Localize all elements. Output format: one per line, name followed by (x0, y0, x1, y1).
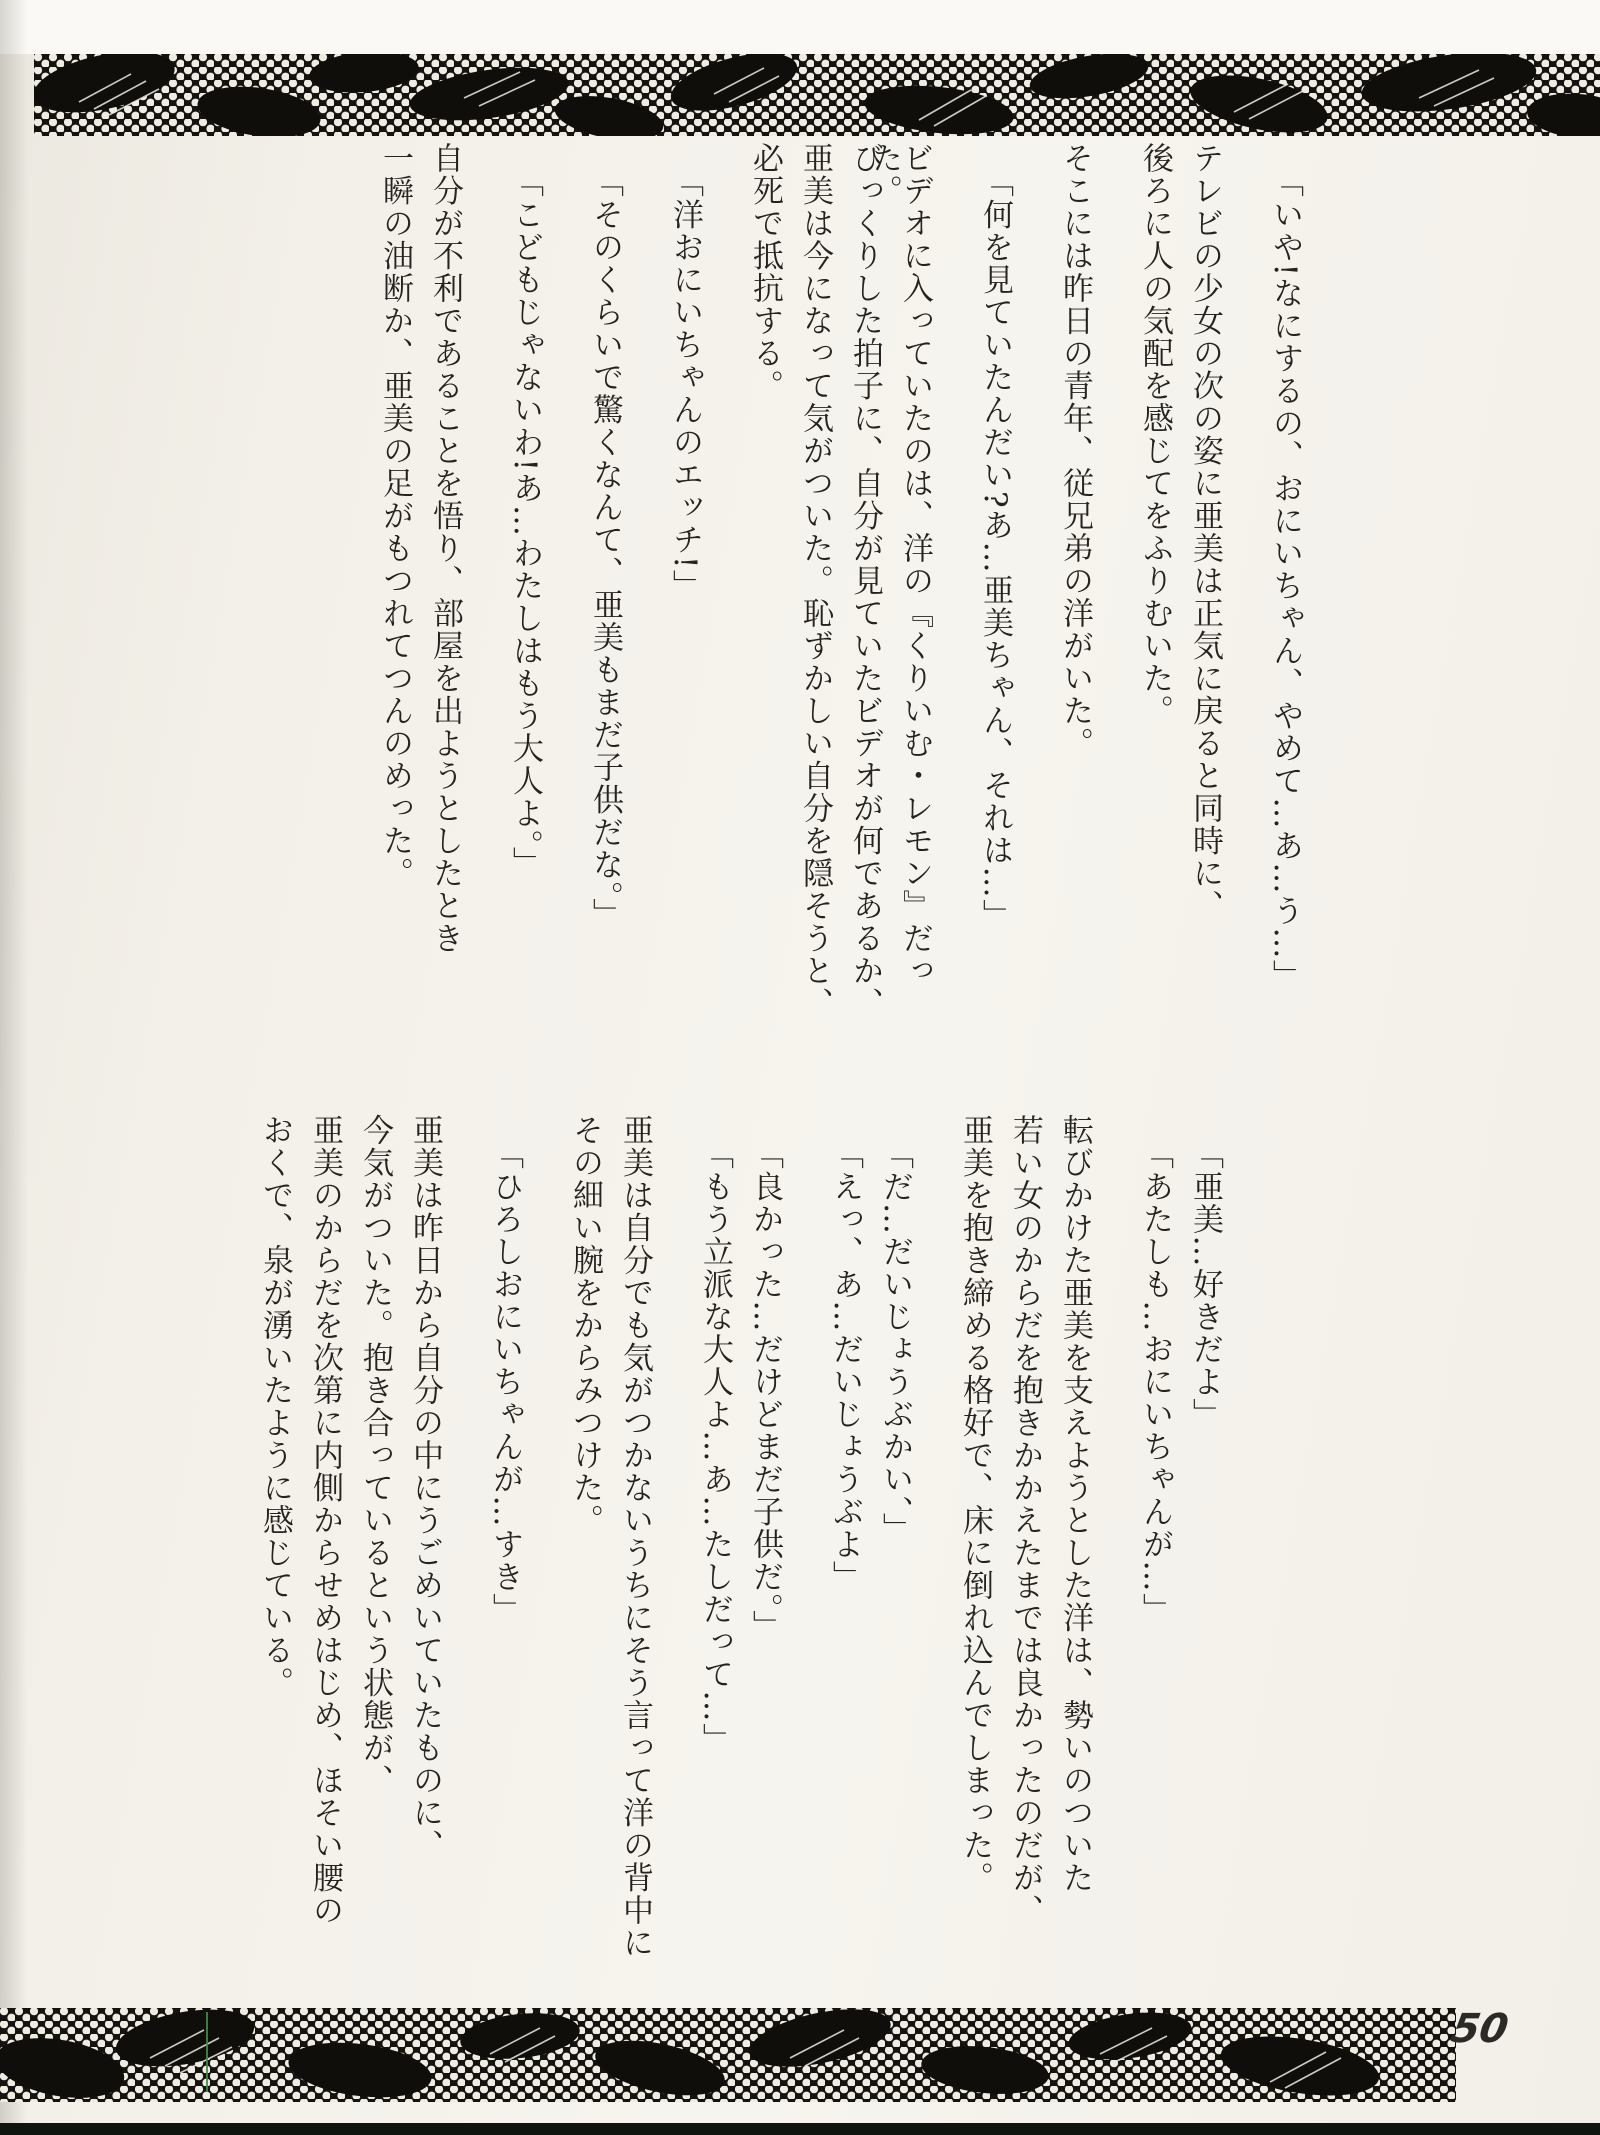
text-column: そこには昨日の青年、従兄弟の洋がいた。 (1040, 142, 1090, 1037)
paragraph: 自分が不利であることを悟り、部屋を出ようとしたとき一瞬の油断か、亜美の足がもつれ… (360, 142, 460, 1037)
text-column: 自分が不利であることを悟り、部屋を出ようとしたとき (410, 142, 460, 1037)
text-column: 「何を見ていたんだい?あ…亜美ちゃん、それは…」 (960, 142, 1010, 1037)
left-edge-shadow (0, 0, 28, 2135)
upper-text-block: 「いや!なにするの、おにいちゃん、やめて…あ…う…」テレビの少女の次の姿に亜美は… (360, 142, 1300, 1037)
paragraph: 「こどもじゃないわ!あ…わたしはもう大人よ。」 (490, 142, 540, 1037)
text-column: 「いや!なにするの、おにいちゃん、やめて…あ…う…」 (1250, 142, 1300, 1037)
text-column: その細い腕をからみつけた。 (550, 1114, 600, 1989)
paragraph: 「いや!なにするの、おにいちゃん、やめて…あ…う…」 (1250, 142, 1300, 1037)
text-column: 今気がついた。抱き合っているという状態が、 (340, 1114, 390, 1989)
text-column: びっくりした拍子に、自分が見ていたビデオが何であるか、 (830, 142, 880, 1037)
paragraph: 「洋おにいちゃんのエッチ!」 (650, 142, 700, 1037)
text-column: 「ひろしおにいちゃんが…すき」 (470, 1114, 520, 1989)
paragraph: そこには昨日の青年、従兄弟の洋がいた。 (1040, 142, 1090, 1037)
text-column: 後ろに人の気配を感じてをふりむいた。 (1120, 142, 1170, 1037)
text-column: 「洋おにいちゃんのエッチ!」 (650, 142, 700, 1037)
paragraph: 転びかけた亜美を支えようとした洋は、勢いのついた若い女のからだを抱きかかえたまで… (940, 1114, 1090, 1989)
text-column: 亜美を抱き締める格好で、床に倒れ込んでしまった。 (940, 1114, 990, 1989)
paragraph: 亜美は昨日から自分の中にうごめいていたものに、今気がついた。抱き合っているという… (240, 1114, 440, 1989)
page-number: 50 (1448, 2006, 1512, 2052)
lace-border-bottom-image (0, 2008, 1456, 2102)
text-column: 「良かった…だけどまだ子供だ。」 (730, 1114, 780, 1989)
text-column: ビデオに入っていたのは、洋の『くりいむ・レモン』だった。 (880, 142, 930, 1037)
paragraph: ビデオに入っていたのは、洋の『くりいむ・レモン』だった。びっくりした拍子に、自分… (730, 142, 930, 1037)
text-column: 一瞬の油断か、亜美の足がもつれてつんのめった。 (360, 142, 410, 1037)
scan-artifact-line (206, 2012, 208, 2092)
text-column: 「だ…だいじょうぶかい、」 (860, 1114, 910, 1989)
text-column: 若い女のからだを抱きかかえたまでは良かったのだが、 (990, 1114, 1040, 1989)
paragraph: テレビの少女の次の姿に亜美は正気に戻ると同時に、後ろに人の気配を感じてをふりむい… (1120, 142, 1220, 1037)
text-column: おくで、泉が湧いたように感じている。 (240, 1114, 290, 1989)
paragraph: 「何を見ていたんだい?あ…亜美ちゃん、それは…」 (960, 142, 1010, 1037)
text-column: テレビの少女の次の姿に亜美は正気に戻ると同時に、 (1170, 142, 1220, 1037)
text-column: 「こどもじゃないわ!あ…わたしはもう大人よ。」 (490, 142, 540, 1037)
text-column: 亜美のからだを次第に内側からせめはじめ、ほそい腰の (290, 1114, 340, 1989)
page-top-margin (0, 0, 1600, 54)
bottom-edge-band (0, 2123, 1600, 2135)
text-column: 「もう立派な大人よ…あ…たしだって…」 (680, 1114, 730, 1989)
text-column: 「あたしも…おにいちゃんが…」 (1120, 1114, 1170, 1989)
text-column: 必死で抵抗する。 (730, 142, 780, 1037)
paragraph: 亜美は自分でも気がつかないうちにそう言って洋の背中にその細い腕をからみつけた。 (550, 1114, 650, 1989)
text-column: 亜美は自分でも気がつかないうちにそう言って洋の背中に (600, 1114, 650, 1989)
paragraph: 「そのくらいで驚くなんて、亜美もまだ子供だな。」 (570, 142, 620, 1037)
scanned-page: 「いや!なにするの、おにいちゃん、やめて…あ…う…」テレビの少女の次の姿に亜美は… (0, 0, 1600, 2135)
paragraph: 「ひろしおにいちゃんが…すき」 (470, 1114, 520, 1989)
text-column: 亜美は昨日から自分の中にうごめいていたものに、 (390, 1114, 440, 1989)
paragraph: 「亜美…好きだよ」「あたしも…おにいちゃんが…」 (1120, 1114, 1220, 1989)
text-column: 「亜美…好きだよ」 (1170, 1114, 1220, 1989)
paragraph: 「だ…だいじょうぶかい、」「えっ、あ…だいじょうぶよ」 (810, 1114, 910, 1989)
paragraph: 「良かった…だけどまだ子供だ。」「もう立派な大人よ…あ…たしだって…」 (680, 1114, 780, 1989)
text-column: 「えっ、あ…だいじょうぶよ」 (810, 1114, 860, 1989)
text-column: 転びかけた亜美を支えようとした洋は、勢いのついた (1040, 1114, 1090, 1989)
text-column: 「そのくらいで驚くなんて、亜美もまだ子供だな。」 (570, 142, 620, 1037)
lace-border-top-image (34, 54, 1600, 136)
text-column: 亜美は今になって気がついた。恥ずかしい自分を隠そうと、 (780, 142, 830, 1037)
lower-text-block: 「亜美…好きだよ」「あたしも…おにいちゃんが…」転びかけた亜美を支えようとした洋… (240, 1114, 1220, 1989)
